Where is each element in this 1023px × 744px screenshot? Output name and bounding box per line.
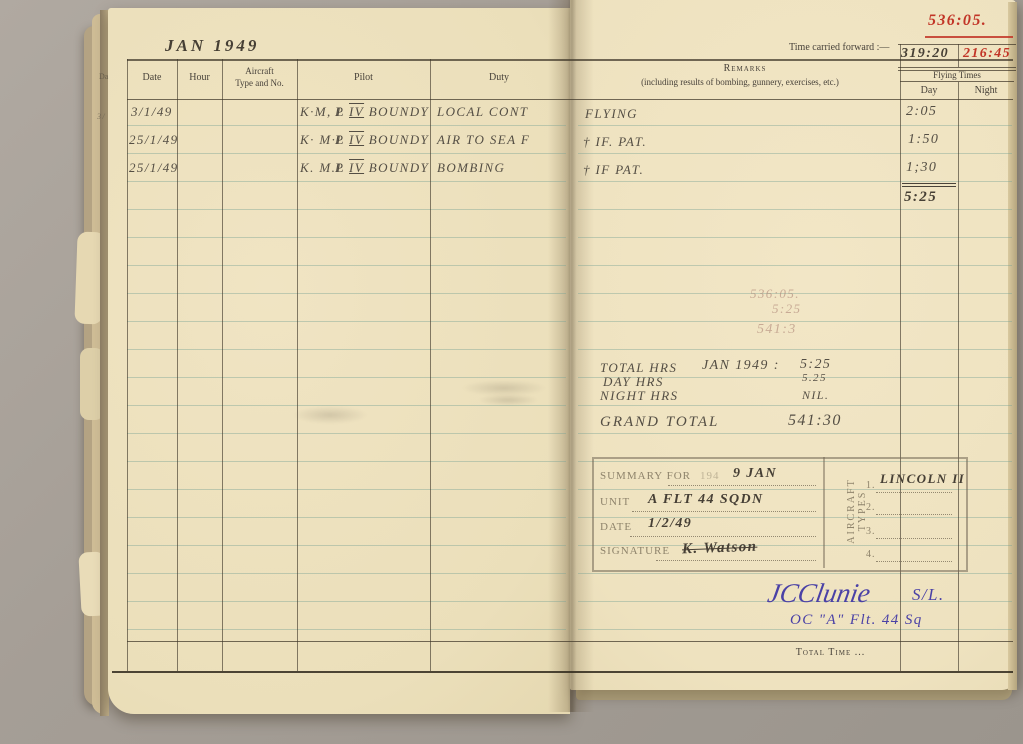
log-row-duty: BOMBING <box>437 160 505 176</box>
log-row-remarks: FLYING <box>585 106 638 122</box>
officer-signature: JCClunie <box>765 578 872 609</box>
carried-day-value: 319:20 <box>901 46 949 62</box>
night-hrs-value: NIL. <box>802 388 829 403</box>
table-lower-line <box>127 641 1013 642</box>
stamp-dotted-line <box>668 470 816 486</box>
total-hrs-period: JAN 1949 : <box>702 358 780 374</box>
stamp-type-num-4: 4. <box>866 549 876 560</box>
col-line <box>127 59 128 671</box>
red-underline <box>925 36 1013 38</box>
stamp-aircraft-types-label: AIRCRAFT TYPES <box>846 466 868 556</box>
col-header-night: Night <box>958 85 1014 96</box>
log-row-duty: AIR TO SEA F <box>437 132 530 148</box>
col-header-flying-times: Flying Times <box>900 70 1014 80</box>
day-total: 5:25 <box>904 189 937 206</box>
col-line <box>900 44 901 671</box>
stamp-aircraft-type-1: LINCOLN II <box>880 471 965 487</box>
pencil-note: 541:3 <box>757 322 797 338</box>
stamp-date-label: DATE <box>600 521 632 533</box>
col-header-aircraft-1: Aircraft <box>222 66 297 76</box>
cf-box-top <box>898 44 1016 45</box>
total-time-label: Total Time ... <box>768 647 893 658</box>
col-header-remarks-sub: (including results of bombing, gunnery, … <box>580 77 900 87</box>
col-line <box>177 59 178 671</box>
officer-rank: S/L. <box>912 585 945 605</box>
stamp-unit-label: UNIT <box>600 496 630 508</box>
stamp-dotted-line <box>876 549 952 562</box>
log-row-day-time: 1;30 <box>906 160 937 176</box>
carried-total-red: 536:05. <box>928 12 987 30</box>
ink-bleed-smudge <box>292 406 368 424</box>
log-row-day-time: 1:50 <box>908 132 939 148</box>
col-header-hour: Hour <box>177 72 222 83</box>
log-row-remarks: † IF PAT. <box>583 162 644 178</box>
sum-line-1 <box>902 183 956 184</box>
stamp-type-num-3: 3. <box>866 526 876 537</box>
log-row-duty: LOCAL CONT <box>437 104 528 120</box>
stamp-type-num-1: 1. <box>866 480 876 491</box>
col-line <box>958 44 959 67</box>
log-row-pilot: P IV BOUNDY <box>335 160 429 176</box>
night-hrs-label: NIGHT HRS <box>600 388 678 404</box>
stamp-dotted-line <box>632 496 816 512</box>
stamp-dotted-line <box>876 502 952 515</box>
logbook-scan: Da 3/ JAN 1949 Time carried forward :— 5… <box>0 0 1023 744</box>
col-header-date: Date <box>127 72 177 83</box>
cf-box-underline-1 <box>898 67 1016 68</box>
carried-night-value: 216:45 <box>963 46 1011 62</box>
stamp-dotted-line <box>876 526 952 539</box>
grand-total-label: GRAND TOTAL <box>600 414 719 431</box>
log-row-date: 3/1/49 <box>131 104 173 120</box>
col-header-duty: Duty <box>430 72 568 83</box>
flying-times-underline <box>900 81 1014 82</box>
stamp-divider <box>823 457 825 568</box>
edge-text-fragment: 3/ <box>97 112 106 121</box>
officer-title: OC "A" Flt. 44 Sq <box>790 612 923 629</box>
log-row-remarks: † IF. PAT. <box>583 134 647 150</box>
log-row-date: 25/1/49 <box>129 132 179 148</box>
col-line <box>430 59 431 671</box>
log-row-pilot: P IV BOUNDY <box>335 132 429 148</box>
log-row-day-time: 2:05 <box>906 104 937 120</box>
col-line <box>297 59 298 671</box>
ink-bleed-smudge <box>478 394 538 406</box>
table-top-line <box>127 59 1013 61</box>
col-header-day: Day <box>900 85 958 96</box>
total-hrs-value: 5:25 <box>800 357 831 373</box>
edge-text-fragment: Da <box>99 72 108 81</box>
col-header-remarks: Remarks <box>590 63 900 74</box>
sum-line-2 <box>902 186 956 187</box>
day-hrs-value: 5.25 <box>802 372 827 384</box>
col-line <box>222 59 223 671</box>
log-row-date: 25/1/49 <box>129 160 179 176</box>
header-bottom-line <box>127 99 1013 100</box>
stamp-dotted-line <box>656 545 816 561</box>
col-header-aircraft-2: Type and No. <box>222 78 297 88</box>
table-bottom-line <box>112 671 1013 673</box>
month-label: JAN 1949 <box>165 36 259 56</box>
stamp-dotted-line <box>630 521 816 537</box>
col-line <box>958 82 959 671</box>
time-carried-forward-label: Time carried forward :— <box>789 42 889 53</box>
grand-total-value: 541:30 <box>788 412 842 430</box>
stamp-type-num-2: 2. <box>866 502 876 513</box>
col-header-pilot: Pilot <box>297 72 430 83</box>
pencil-note: 5:25 <box>772 301 801 317</box>
pencil-note: 536:05. <box>750 286 800 302</box>
log-row-pilot: P IV BOUNDY <box>335 104 429 120</box>
